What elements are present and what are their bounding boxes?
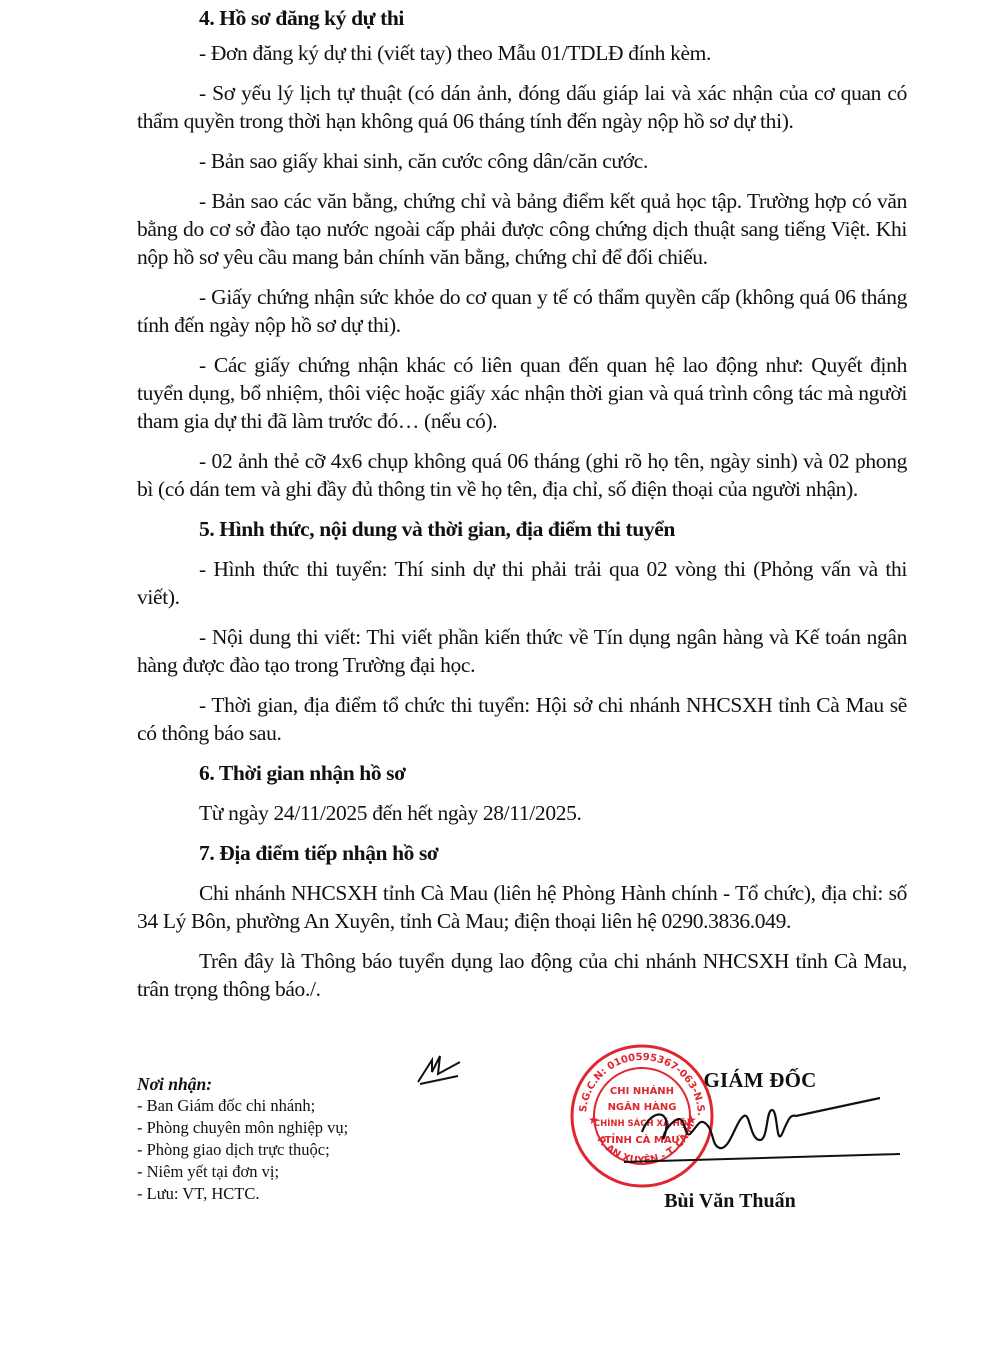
section-4-item-2: - Sơ yếu lý lịch tự thuật (có dán ảnh, đ…: [137, 79, 907, 135]
section-7-item-1: Chi nhánh NHCSXH tỉnh Cà Mau (liên hệ Ph…: [137, 879, 907, 935]
receivers-title: Nơi nhận:: [137, 1073, 517, 1095]
closing-statement: Trên đây là Thông báo tuyển dụng lao độn…: [137, 947, 907, 1003]
section-5-item-2: - Nội dung thi viết: Thi viết phần kiến …: [137, 623, 907, 679]
section-5-item-1: - Hình thức thi tuyển: Thí sinh dự thi p…: [137, 555, 907, 611]
section-4-item-4: - Bản sao các văn bằng, chứng chỉ và bản…: [137, 187, 907, 271]
section-6-item-1: Từ ngày 24/11/2025 đến hết ngày 28/11/20…: [137, 799, 907, 827]
receiver-item: - Niêm yết tại đơn vị;: [137, 1161, 517, 1183]
section-4-item-3: - Bản sao giấy khai sinh, căn cước công …: [137, 147, 907, 175]
section-4-item-6: - Các giấy chứng nhận khác có liên quan …: [137, 351, 907, 435]
section-4-heading: 4. Hồ sơ đăng ký dự thi: [137, 4, 907, 32]
receiver-item: - Phòng chuyên môn nghiệp vụ;: [137, 1117, 517, 1139]
section-7-heading: 7. Địa điểm tiếp nhận hồ sơ: [137, 839, 907, 867]
section-4-item-5: - Giấy chứng nhận sức khỏe do cơ quan y …: [137, 283, 907, 339]
receiver-item: - Phòng giao dịch trực thuộc;: [137, 1139, 517, 1161]
signer-name: Bùi Văn Thuấn: [630, 1190, 830, 1213]
document-body: 4. Hồ sơ đăng ký dự thi - Đơn đăng ký dự…: [137, 0, 907, 1003]
receivers-list: Nơi nhận: - Ban Giám đốc chi nhánh; - Ph…: [137, 1073, 517, 1205]
signature-block: S.G.C.N: 0100595367-063-N.S.T. P. AN XUY…: [560, 1040, 900, 1230]
receiver-item: - Lưu: VT, HCTC.: [137, 1183, 517, 1205]
section-4-item-7: - 02 ảnh thẻ cỡ 4x6 chụp không quá 06 th…: [137, 447, 907, 503]
section-4-item-1: - Đơn đăng ký dự thi (viết tay) theo Mẫu…: [137, 39, 907, 67]
receiver-item: - Ban Giám đốc chi nhánh;: [137, 1095, 517, 1117]
section-5-heading: 5. Hình thức, nội dung và thời gian, địa…: [137, 515, 907, 543]
section-6-heading: 6. Thời gian nhận hồ sơ: [137, 759, 907, 787]
section-5-item-3: - Thời gian, địa điểm tổ chức thi tuyển:…: [137, 691, 907, 747]
handwritten-signature-icon: [620, 1090, 900, 1180]
